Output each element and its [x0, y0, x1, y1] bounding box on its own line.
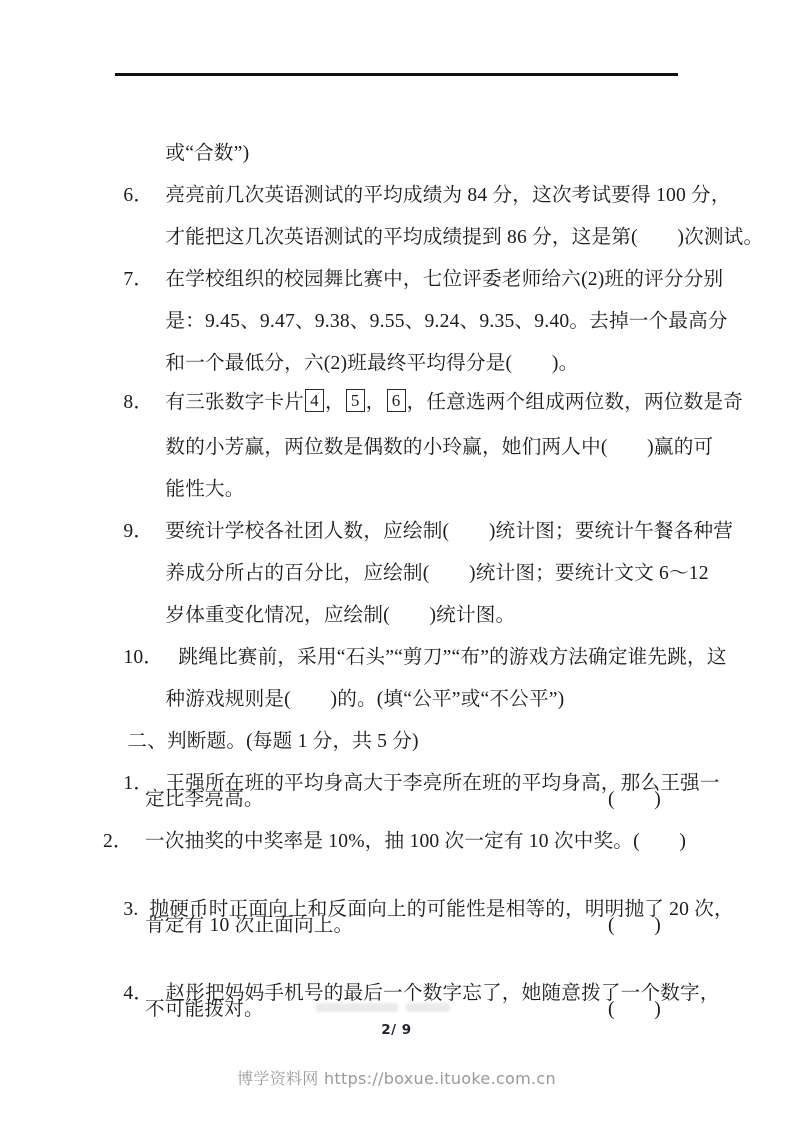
judge-2-text-wrap: 2．一次抽奖的中奖率是 10%，抽 100 次一定有 10 次中奖。: [103, 829, 633, 855]
page-number: 2/ 9: [0, 1022, 793, 1038]
question-7-line-1: 7．在学校组织的校园舞比赛中，七位评委老师给六(2)班的评分分别: [103, 241, 723, 267]
judge-4-line-2: 不可能拨对。 ( ): [145, 997, 661, 1023]
question-9-line-3: 岁体重变化情况，应绘制( )统计图。: [145, 577, 515, 603]
illegible-faint-text-right: [406, 1003, 450, 1012]
judge-1-text-2: 定比李亮高。: [145, 787, 264, 813]
section-2-heading: 二、判断题。(每题 1 分，共 5 分): [107, 703, 419, 729]
judge-1-answer-paren: ( ): [608, 787, 661, 813]
question-10-line-1: 10．跳绳比赛前，采用“石头”“剪刀”“布”的游戏方法确定谁先跳，这: [103, 619, 727, 645]
question-8-line-3: 能性大。: [145, 451, 245, 477]
question-8-line-1: 8．有三张数字卡片4，5，6，任意选两个组成两位数，两位数是奇: [103, 364, 743, 390]
question-9-line-1: 9．要统计学校各社团人数，应绘制( )统计图；要统计午餐各种营: [103, 493, 733, 519]
question-7-line-3: 和一个最低分，六(2)班最终平均得分是( )。: [145, 325, 578, 351]
judge-4-answer-paren: ( ): [608, 997, 661, 1023]
judge-2-text-1: 一次抽奖的中奖率是 10%，抽 100 次一定有 10 次中奖。: [145, 831, 633, 852]
test-paper-page: 或“合数”) 6．亮亮前几次英语测试的平均成绩为 84 分，这次考试要得 100…: [0, 0, 793, 1122]
question-10-line-2: 种游戏规则是( )的。(填“公平”或“不公平”): [145, 661, 564, 687]
carryover-line: 或“合数”): [145, 115, 249, 141]
judge-3-text-2: 肯定有 10 次正面向上。: [145, 913, 353, 939]
judge-1-line-2: 定比李亮高。 ( ): [145, 787, 661, 813]
header-divider: [115, 73, 678, 76]
illegible-faint-text-left: [316, 1003, 398, 1012]
question-9-line-2: 养成分所占的百分比，应绘制( )统计图；要统计文文 6～12: [145, 535, 709, 561]
question-8-line-2: 数的小芳赢，两位数是偶数的小玲赢，她们两人中( )赢的可: [145, 409, 713, 435]
judge-4-line-1: 4．赵彤把妈妈手机号的最后一个数字忘了，她随意拨了一个数字，: [103, 955, 720, 981]
judge-3-line-1: 3.抛硬币时正面向上和反面向上的可能性是相等的，明明抛了 20 次，: [103, 871, 734, 897]
question-6-line-1: 6．亮亮前几次英语测试的平均成绩为 84 分，这次考试要得 100 分，: [103, 157, 731, 183]
question-6-line-2: 才能把这几次英语测试的平均成绩提到 86 分，这是第( )次测试。: [145, 199, 763, 225]
judge-3-line-2: 肯定有 10 次正面向上。 ( ): [145, 913, 661, 939]
judge-1-line-1: 1．王强所在班的平均身高大于李亮所在班的平均身高，那么王强一: [103, 745, 720, 771]
watermark-text: 博学资料网 https://boxue.ituoke.com.cn: [0, 1066, 793, 1089]
judge-2-answer-paren: ( ): [633, 829, 686, 855]
judge-4-text-2: 不可能拨对。: [145, 997, 264, 1023]
judge-2-line-1: 2．一次抽奖的中奖率是 10%，抽 100 次一定有 10 次中奖。 ( ): [103, 829, 661, 855]
question-7-line-2: 是：9.45、9.47、9.38、9.55、9.24、9.35、9.40。去掉一…: [145, 283, 728, 309]
judge-2-number: 2．: [103, 829, 145, 855]
question-8-text-2: 数的小芳赢，两位数是偶数的小玲赢，她们两人中( )赢的可: [165, 437, 713, 458]
judge-3-answer-paren: ( ): [608, 913, 661, 939]
